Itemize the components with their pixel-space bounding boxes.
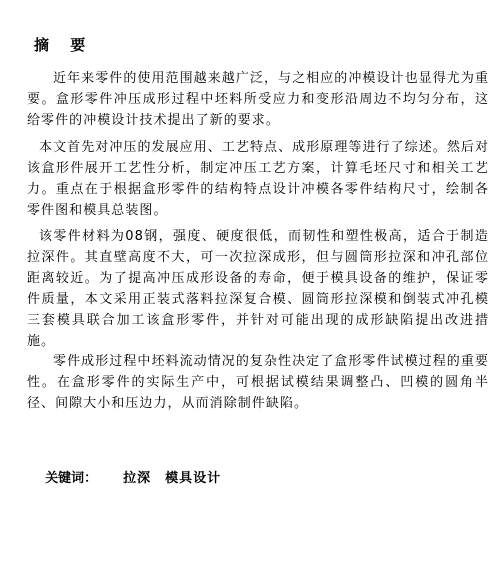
abstract-paragraph-1: 近年来零件的使用范围越来越广泛，与之相应的冲模设计也显得尤为重要。盒形零件冲压成… [27,68,489,131]
keyword-item: 拉深 [123,471,151,486]
document-page: 摘 要 近年来零件的使用范围越来越广泛，与之相应的冲模设计也显得尤为重要。盒形零… [0,0,502,582]
keywords-line: 关键词：拉深模具设计 [27,452,235,501]
abstract-title: 摘 要 [34,34,93,55]
abstract-paragraph-2: 本文首先对冲压的发展应用、工艺特点、成形原理等进行了综述。然后对该盒形件展开工艺… [27,137,489,221]
abstract-paragraph-3: 该零件材料为08钢，强度、硬度很低，而韧性和塑性极高，适合于制造拉深件。其直壁高… [27,226,489,352]
keywords-label: 关键词： [45,471,97,486]
abstract-paragraph-4: 零件成形过程中坯料流动情况的复杂性决定了盒形零件试模过程的重要性。在盒形零件的实… [27,351,489,414]
keyword-item: 模具设计 [165,471,221,486]
